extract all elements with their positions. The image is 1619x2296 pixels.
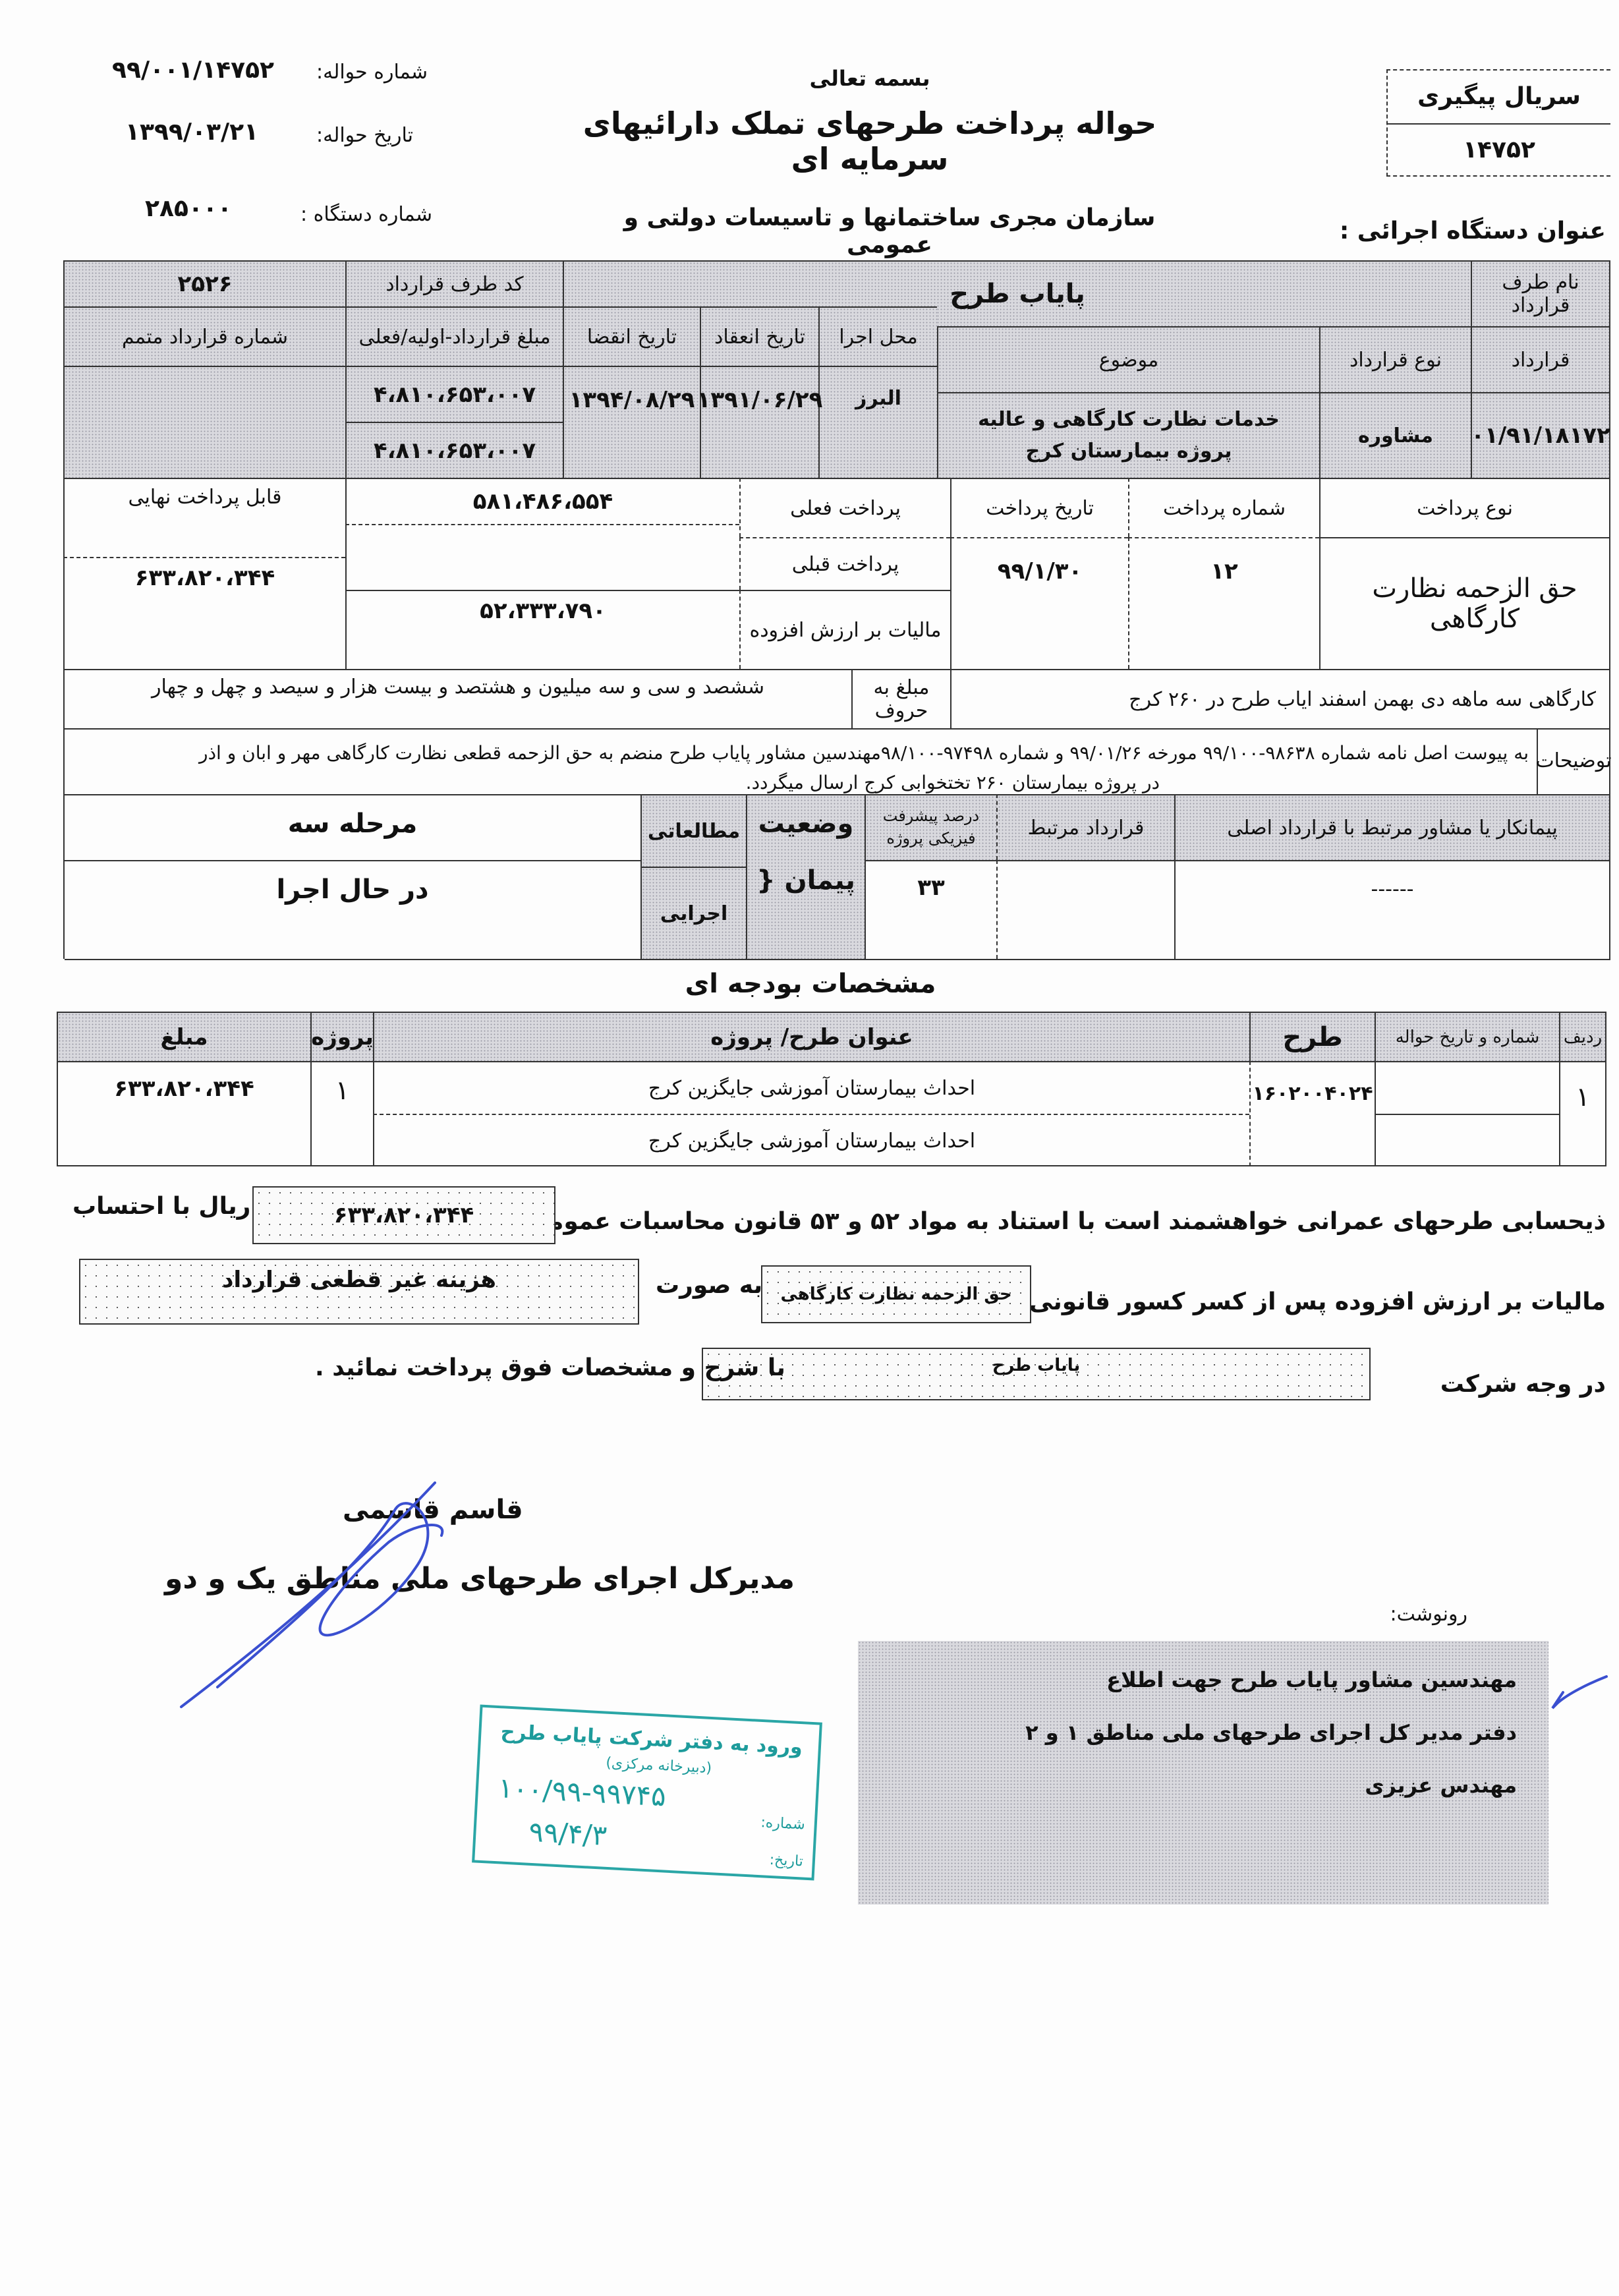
cc-label: رونوشت: <box>1390 1603 1467 1626</box>
contract-type: مشاوره <box>1319 392 1471 478</box>
vat-label: مالیات بر ارزش افزوده <box>739 590 950 669</box>
statement-line-2-mid: به صورت <box>656 1272 762 1299</box>
budget-row-number: ۱ <box>1559 1061 1605 1166</box>
serial-value: ۱۴۷۵۲ <box>1388 123 1610 176</box>
status-heading: وضعیت <box>758 809 854 839</box>
stamp-date-label: تاریخ: <box>769 1852 803 1870</box>
current-payment: ۵۸۱،۴۸۶،۵۵۴ <box>345 478 739 524</box>
executive-org-name: سازمان مجری ساختمانها و تاسیسات دولتی و … <box>606 204 1173 258</box>
budget-havaleh-header: شماره و تاریخ حواله <box>1375 1012 1559 1061</box>
havaleh-date: ۱۳۹۹/۰۳/۲۱ <box>125 119 258 146</box>
budget-plan-code: ۱۶۰۲۰۰۴۰۲۴ <box>1249 1061 1375 1166</box>
budget-plan-header: طرح <box>1249 1012 1375 1061</box>
execution-label: اجرایی <box>640 867 746 959</box>
budget-project-title-header: عنوان طرح/ پروژه <box>373 1012 1249 1061</box>
related-contract <box>996 860 1174 959</box>
serial-box: سریال پیگیری ۱۴۷۵۲ <box>1386 69 1610 177</box>
payment-description: کارگاهی سه ماهه دی بهمن اسفند ایاب طرح د… <box>950 669 1609 728</box>
contract-subject: خدمات نظارت کارگاهی و عالیه پروژه بیمارس… <box>937 392 1319 478</box>
payment-date: ۹۹/۱/۳۰ <box>950 537 1128 669</box>
previous-payment-label: پرداخت قبلی <box>739 537 950 590</box>
cc-line-1: مهندسین مشاور پایاب طرح جهت اطلاع <box>1106 1667 1517 1692</box>
related-contract-label: قرارداد مرتبط <box>996 794 1174 860</box>
budget-title: مشخصات بودجه ای <box>626 969 995 999</box>
budget-amount: ۶۳۳،۸۲۰،۳۴۴ <box>57 1061 310 1166</box>
statement-type-box: هزینه غیر قطعی قرارداد <box>79 1259 639 1325</box>
title-block: بسمه تعالی حواله پرداخت طرحهای تملک دارا… <box>540 66 1199 177</box>
havaleh-number: ۹۹/۰۰۱/۱۴۷۵۲ <box>112 57 274 84</box>
budget-project-title: احداث بیمارستان آموزشی جایگزین کرج <box>373 1114 1249 1166</box>
cc-line-3: مهندس عزیزی <box>1365 1773 1517 1798</box>
statement-company-box: پایاب طرح <box>702 1348 1371 1400</box>
payment-type: حق الزحمه نظارت کارگاهی <box>1319 537 1609 669</box>
status-value: پیمان { <box>756 865 855 896</box>
notes-label: توضیحات <box>1537 728 1609 794</box>
checkmark-icon <box>1548 1674 1608 1713</box>
final-payable: ۶۳۳،۸۲۰،۳۴۴ <box>63 557 345 669</box>
contract-type-header: نوع قرارداد <box>1319 326 1471 392</box>
expiry-date: ۱۳۹۴/۰۸/۲۹ <box>563 366 700 478</box>
budget-amount-header: مبلغ <box>57 1012 310 1061</box>
amount-in-words-label: مبلغ به حروف <box>851 669 950 728</box>
cc-box: مهندسین مشاور پایاب طرح جهت اطلاع دفتر م… <box>858 1641 1548 1905</box>
contractor-value: ------ <box>1174 860 1609 959</box>
amount-in-words: ششصد و سی و سه میلیون و هشتصد و بیست هزا… <box>63 669 851 728</box>
contract-header: قرارداد <box>1471 326 1609 392</box>
status-label: وضعیت پیمان { <box>746 794 865 959</box>
contract-number: ۰۱/۹۱/۱۸۱۷۲ <box>1471 392 1609 478</box>
expiry-date-header: تاریخ انقضا <box>563 306 700 366</box>
payment-type-label: نوع پرداخت <box>1319 478 1609 537</box>
page-title: حواله پرداخت طرحهای تملک دارائیهای سرمای… <box>540 105 1199 177</box>
budget-row-header: ردیف <box>1559 1012 1605 1061</box>
budget-havaleh-1 <box>1375 1061 1559 1114</box>
vat-amount: ۵۲،۳۳۳،۷۹۰ <box>345 590 739 669</box>
statement-reason-box: حق الزحمه نظارت کارگاهی <box>761 1265 1031 1323</box>
amount-initial: ۴،۸۱۰،۶۵۳،۰۰۷ <box>345 366 563 422</box>
supplement-number <box>63 366 345 478</box>
current-payment-label: پرداخت فعلی <box>739 478 950 537</box>
havaleh-date-label: تاریخ حواله: <box>316 124 413 147</box>
budget-project-header: پروژه <box>310 1012 373 1061</box>
conclusion-date-header: تاریخ انعقاد <box>700 306 818 366</box>
notes-line-1: به پیوست اصل نامه شماره ۹۸۶۳۸-۹۹/۱۰۰ مور… <box>199 739 1529 768</box>
budget-project-number: ۱ <box>310 1061 373 1166</box>
contract-location: البرز <box>818 366 937 478</box>
final-payable-label: قابل پرداخت نهایی <box>63 478 345 557</box>
statement-amount-box: ۶۳۳،۸۲۰،۳۴۴ <box>252 1186 555 1244</box>
subject-header: موضوع <box>937 326 1319 392</box>
payment-date-label: تاریخ پرداخت <box>950 478 1128 537</box>
stamp-line-1: ورود به دفتر شرکت پایاب طرح <box>500 1720 803 1759</box>
stamp-line-2: (دبیرخانه مرکزی) <box>606 1755 712 1777</box>
conclusion-date: ۱۳۹۱/۰۶/۲۹ <box>700 366 818 478</box>
location-header: محل اجرا <box>818 306 937 366</box>
budget-havaleh-2 <box>1375 1114 1559 1166</box>
progress-value: ۳۳ <box>865 860 996 959</box>
statement-line-3-suffix: با شرح و مشخصات فوق پرداخت نمائید . <box>315 1354 785 1381</box>
stamp-number-label: شماره: <box>760 1814 806 1833</box>
notes-text: به پیوست اصل نامه شماره ۹۸۶۳۸-۹۹/۱۰۰ مور… <box>63 728 1537 794</box>
payment-number-label: شماره پرداخت <box>1128 478 1319 537</box>
study-label: مطالعاتی <box>640 794 746 867</box>
cc-line-2: دفتر مدیر کل اجرای طرحهای ملی مناطق ۱ و … <box>1025 1720 1517 1745</box>
statement-line-1-suffix: ریال با احتساب <box>72 1193 250 1220</box>
stamp-date: ۹۹/۴/۳ <box>528 1816 608 1852</box>
party-code: ۲۵۲۶ <box>63 260 345 306</box>
signature-icon <box>171 1470 540 1720</box>
notes-line-2: در پروژه بیمارستان ۲۶۰ تختخوابی کرج ارسا… <box>746 768 1529 798</box>
havaleh-number-label: شماره حواله: <box>316 61 428 84</box>
statement-line-2: مالیات بر ارزش افزوده پس از کسر کسور قان… <box>969 1288 1606 1315</box>
contract-payment-table: نام طرف قرارداد پایاب طرح کد طرف قرارداد… <box>65 260 1610 960</box>
party-code-label: کد طرف قرارداد <box>345 260 563 306</box>
statement-line-3: در وجه شرکت <box>1440 1371 1606 1398</box>
supplement-header: شماره قرارداد متمم <box>63 306 345 366</box>
device-number-label: شماره دستگاه : <box>300 203 432 226</box>
party-name-label: نام طرف قرارداد <box>1471 260 1609 326</box>
budget-table: ردیف شماره و تاریخ حواله طرح عنوان طرح/ … <box>58 1012 1606 1166</box>
progress-label: درصد پیشرفت فیزیکی پروژه <box>865 794 996 860</box>
in-progress-value: در حال اجرا <box>63 860 640 959</box>
budget-plan-title: احداث بیمارستان آموزشی جایگزین کرج <box>373 1061 1249 1114</box>
amount-current: ۴،۸۱۰،۶۵۳،۰۰۷ <box>345 422 563 478</box>
receipt-stamp: ورود به دفتر شرکت پایاب طرح (دبیرخانه مر… <box>472 1705 822 1881</box>
stamp-number: ۱۰۰/۹۹-۹۹۷۴۵ <box>497 1771 667 1812</box>
amount-header: مبلغ قرارداد-اولیه/فعلی <box>345 306 563 366</box>
previous-payment <box>345 524 739 590</box>
device-number: ۲۸۵۰۰۰ <box>145 195 232 222</box>
executive-org-label: عنوان دستگاه اجرائی : <box>1340 217 1606 244</box>
contractor-label: پیمانکار یا مشاور مرتبط با قرارداد اصلی <box>1174 794 1609 860</box>
serial-label: سریال پیگیری <box>1388 71 1610 123</box>
statement-line-1: ذیحسابی طرحهای عمرانی خواهشمند است با اس… <box>467 1208 1606 1235</box>
payment-number: ۱۲ <box>1128 537 1319 669</box>
bismillah: بسمه تعالی <box>540 66 1199 91</box>
phase-value: مرحله سه <box>63 794 640 860</box>
